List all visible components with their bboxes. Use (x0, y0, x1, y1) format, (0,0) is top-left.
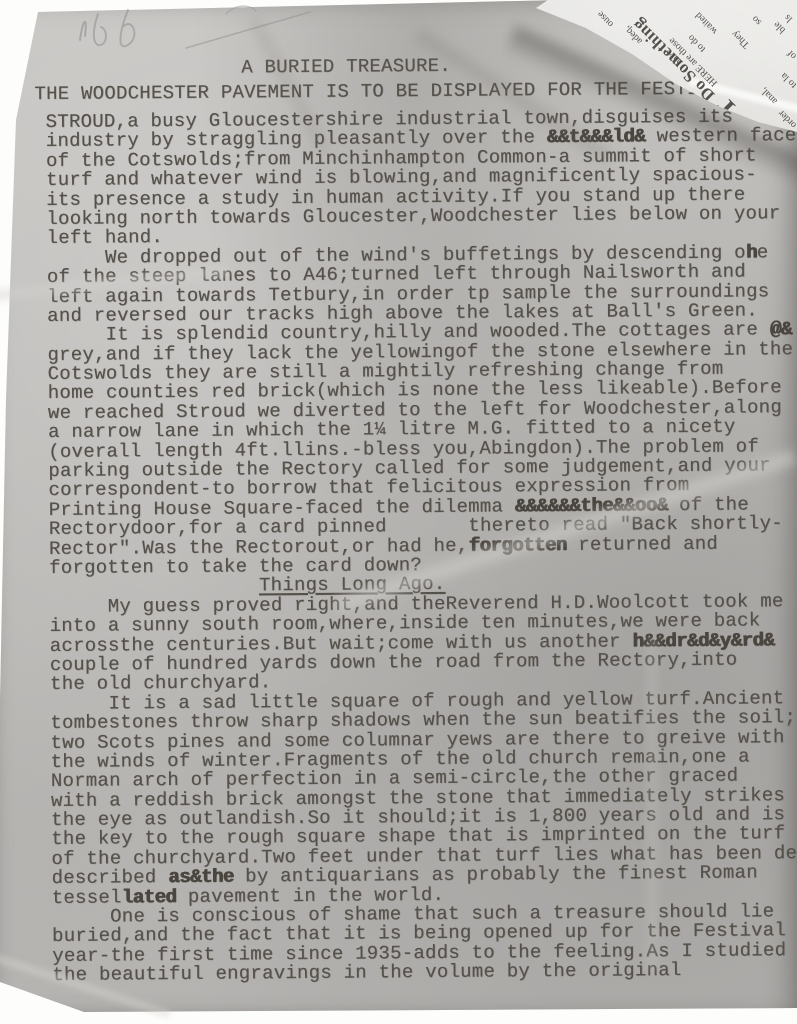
fold-text-fragment: of (785, 48, 797, 62)
scanned-document-page: A BURIED TREASURE. THE WOODCHESTER PAVEM… (0, 0, 797, 1024)
fold-text-fragment: waited (693, 10, 720, 37)
fold-text-fragment: They (730, 28, 752, 50)
fold-text-fragment: so (750, 13, 764, 27)
pencil-scribble-icon (58, 0, 328, 62)
fold-text-fragment: ls (782, 12, 794, 24)
typed-body: STROUD,a busy Gloucestershire industrial… (46, 107, 797, 986)
fold-text-fragment: to la (779, 70, 797, 90)
fold-text-fragment: ouse (595, 9, 616, 30)
typed-text-block: A BURIED TREASURE. THE WOODCHESTER PAVEM… (45, 51, 797, 986)
